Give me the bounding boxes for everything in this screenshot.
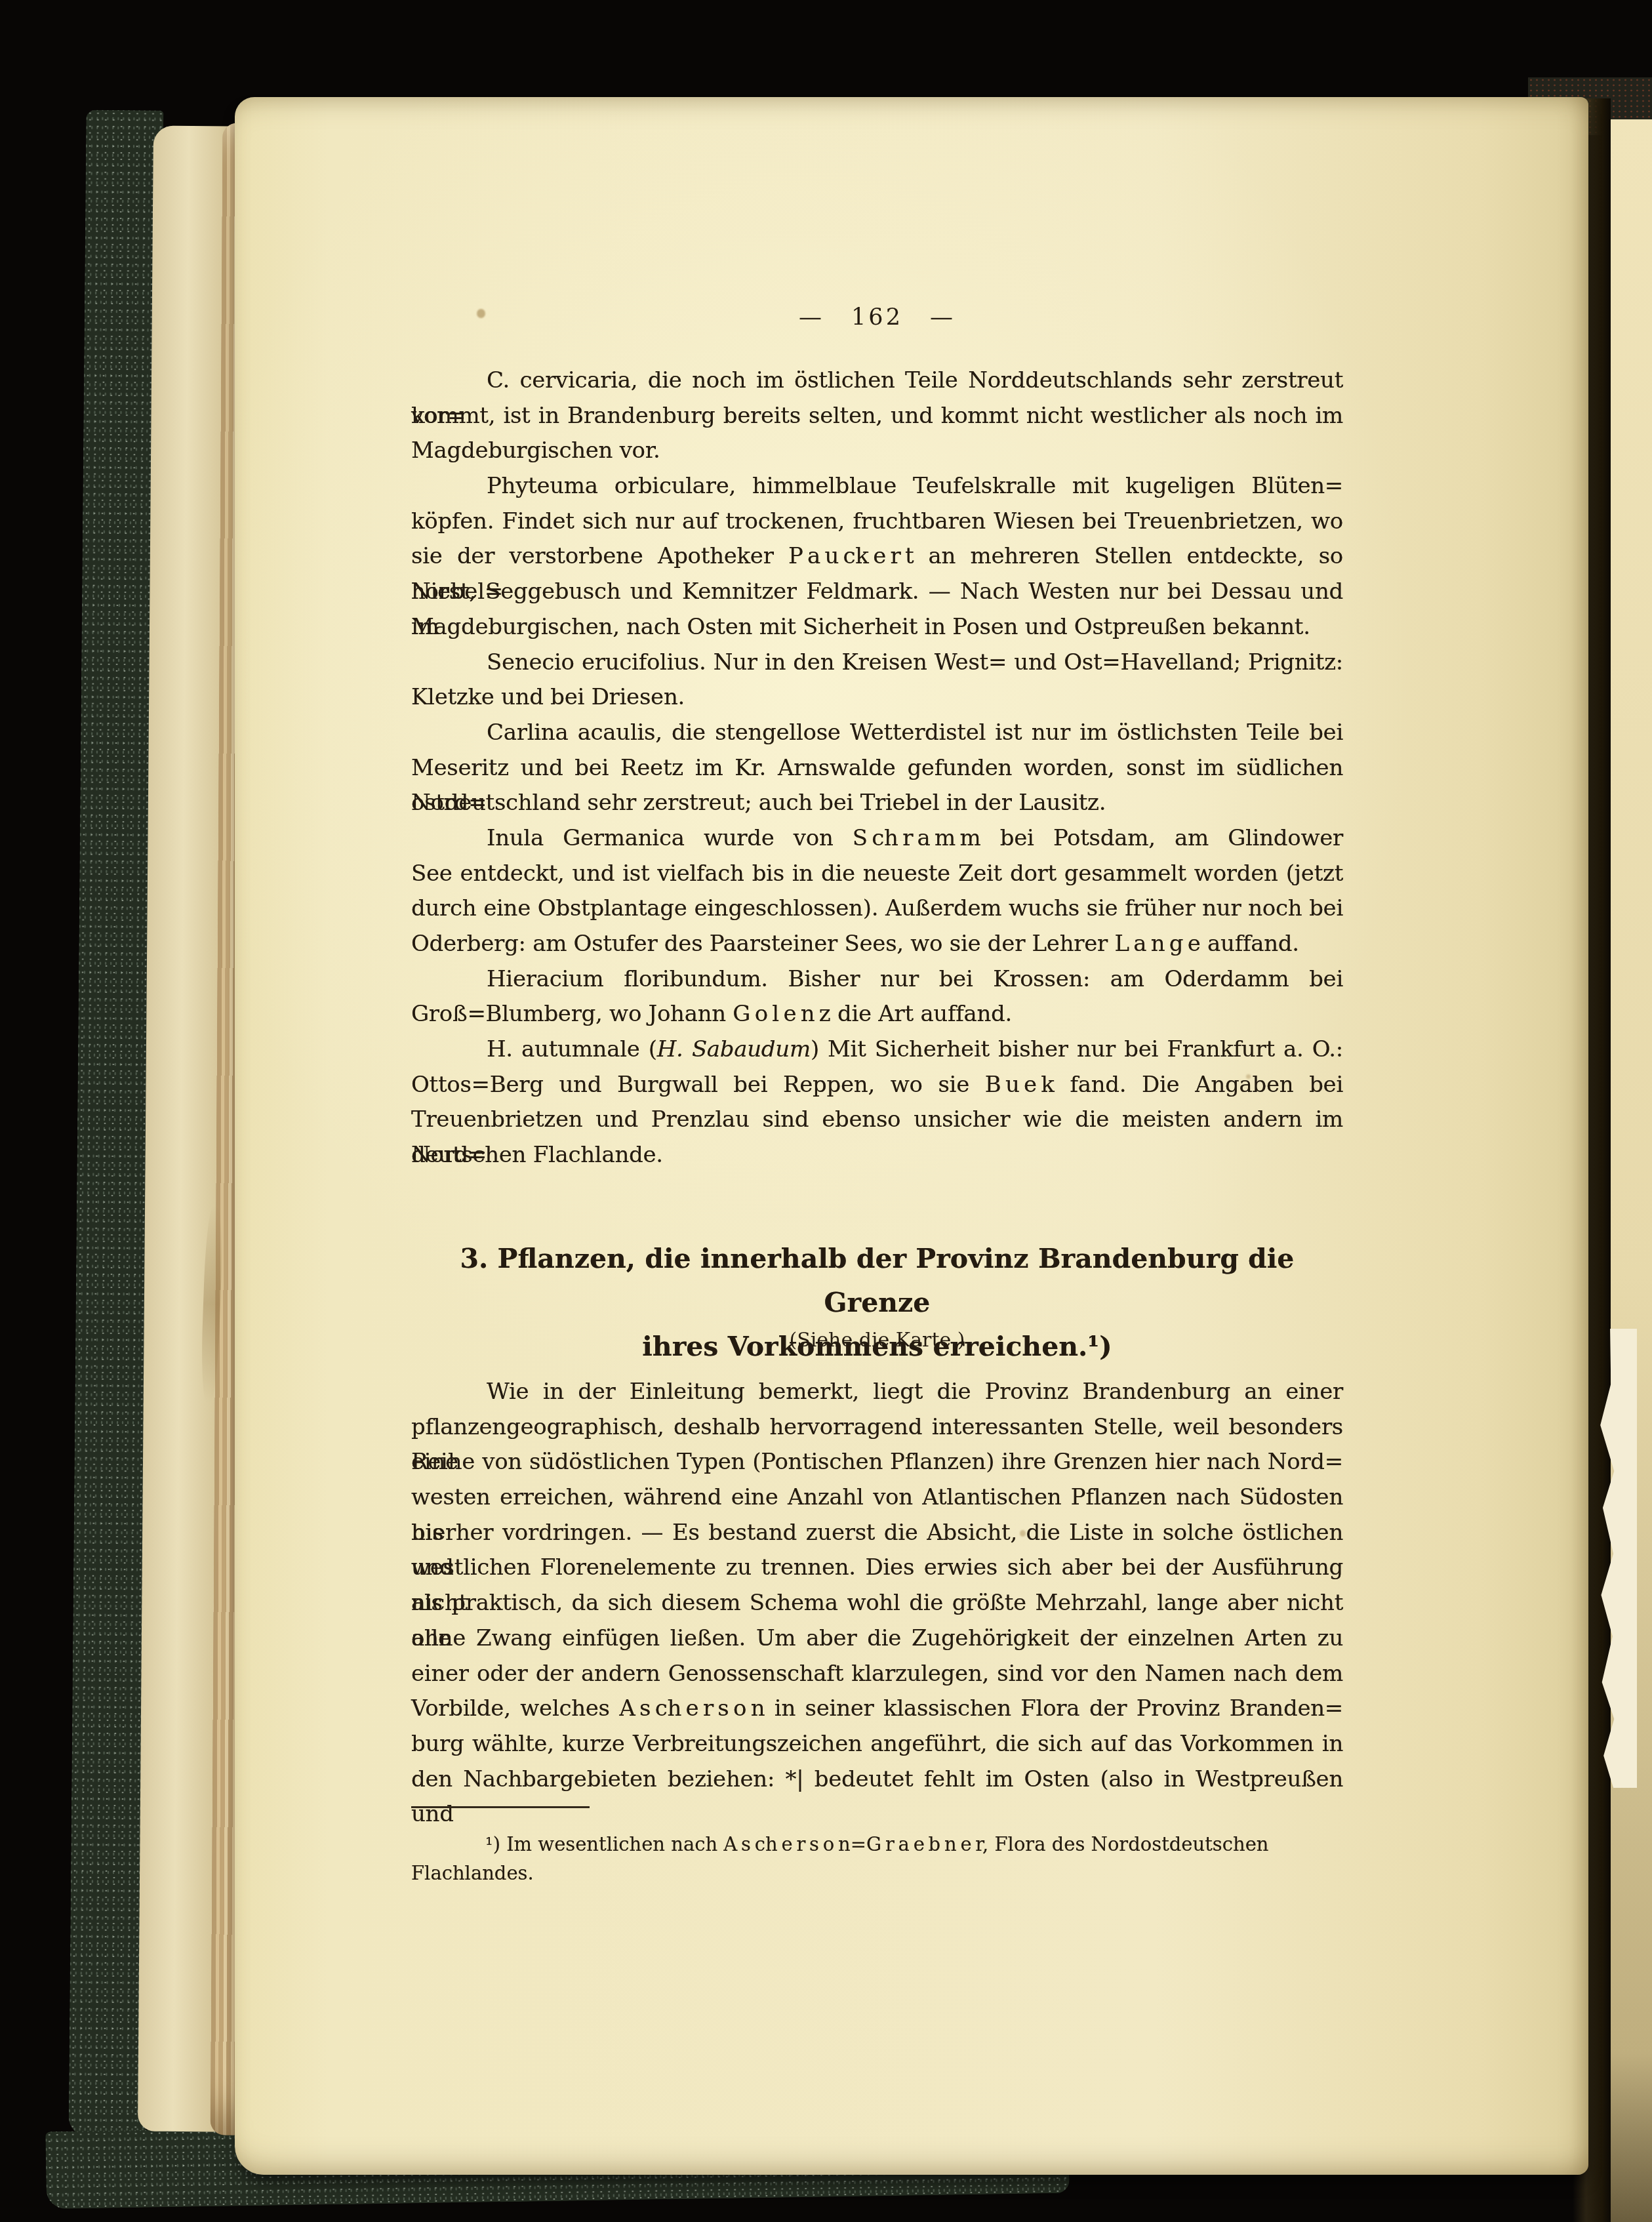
text-line: Oderberg: am Ostufer des Paarsteiner See…: [411, 927, 1343, 962]
body-text-block: C. cervicaria, die noch im östlichen Tei…: [411, 363, 1343, 1173]
text-line: einer oder der andern Genossenschaft kla…: [411, 1657, 1343, 1692]
text-line: ostdeutschland sehr zerstreut; auch bei …: [411, 786, 1343, 821]
next-page-edge: [1605, 119, 1652, 2222]
book-page: — 162 — C. cervicaria, die noch im östli…: [235, 97, 1588, 2175]
text-line: Treuenbrietzen und Prenzlau sind ebenso …: [411, 1102, 1343, 1138]
text-line: burg wählte, kurze Verbreitungszeichen a…: [411, 1727, 1343, 1762]
text-line: Magdeburgischen, nach Osten mit Sicherhe…: [411, 610, 1343, 645]
page-number: — 162 —: [411, 304, 1343, 331]
text-line: See entdeckt, und ist vielfach bis in di…: [411, 857, 1343, 892]
footnote-rule: [411, 1806, 590, 1808]
text-line: horst, Seggebusch und Kemnitzer Feldmark…: [411, 575, 1343, 610]
text-line: pflanzengeographisch, deshalb hervorrage…: [411, 1410, 1343, 1445]
section-heading-line1: 3. Pflanzen, die innerhalb der Provinz B…: [411, 1237, 1343, 1325]
text-line: Carlina acaulis, die stengellose Wetterd…: [411, 716, 1343, 751]
species-name: H. autumnale (: [487, 1036, 657, 1062]
text-line: als praktisch, da sich diesem Schema woh…: [411, 1586, 1343, 1621]
text-line: westen erreichen, während eine Anzahl vo…: [411, 1480, 1343, 1516]
text-line: deutschen Flachlande.: [411, 1138, 1343, 1173]
text-line: H. autumnale (H. Sabaudum) Mit Sicherhei…: [411, 1032, 1343, 1068]
text-line: C. cervicaria, die noch im östlichen Tei…: [411, 363, 1343, 399]
text-line: Meseritz und bei Reetz im Kr. Arnswalde …: [411, 751, 1343, 786]
text-line: hierher vordringen. — Es bestand zuerst …: [411, 1516, 1343, 1551]
species-synonym: H. Sabaudum: [657, 1036, 811, 1062]
text-line: Senecio erucifolius. Nur in den Kreisen …: [411, 645, 1343, 681]
text-line: köpfen. Findet sich nur auf trockenen, f…: [411, 504, 1343, 540]
text-line: Phyteuma orbiculare, himmelblaue Teufels…: [411, 469, 1343, 504]
text-line: Groß=Blumberg, wo Johann G o l e n z die…: [411, 997, 1343, 1032]
text-line: sie der verstorbene Apotheker P a u ck e…: [411, 539, 1343, 575]
section-subtitle: (Siehe die Karte.): [411, 1329, 1343, 1352]
text-line: Ottos=Berg und Burgwall bei Reppen, wo s…: [411, 1068, 1343, 1103]
text-line: Reihe von südöstlichen Typen (Pontischen…: [411, 1445, 1343, 1480]
text-line: Inula Germanica wurde von S ch r a m m b…: [411, 821, 1343, 857]
text-line: kommt, ist in Brandenburg bereits selten…: [411, 399, 1343, 434]
book-photo: — 162 — C. cervicaria, die noch im östli…: [0, 0, 1652, 2222]
text-line: durch eine Obstplantage eingeschlossen).…: [411, 891, 1343, 927]
text-line: Kletzke und bei Driesen.: [411, 680, 1343, 716]
text-line: Wie in der Einleitung bemerkt, liegt die…: [411, 1375, 1343, 1410]
text-line: westlichen Florenelemente zu trennen. Di…: [411, 1550, 1343, 1586]
text-line: Vorbilde, welches A s ch e r s o n in se…: [411, 1691, 1343, 1727]
text-line: Hieracium floribundum. Bisher nur bei Kr…: [411, 962, 1343, 998]
footnote: ¹) Im wesentlichen nach A s ch e r s o n…: [411, 1830, 1382, 1888]
text-line: ohne Zwang einfügen ließen. Um aber die …: [411, 1621, 1343, 1657]
text-continuation: ) Mit Sicherheit bisher nur bei Frankfur…: [811, 1036, 1343, 1062]
intro-text-block: Wie in der Einleitung bemerkt, liegt die…: [411, 1375, 1343, 1797]
text-line: Magdeburgischen vor.: [411, 434, 1343, 469]
text-line: den Nachbargebieten beziehen: *| bedeute…: [411, 1762, 1343, 1798]
